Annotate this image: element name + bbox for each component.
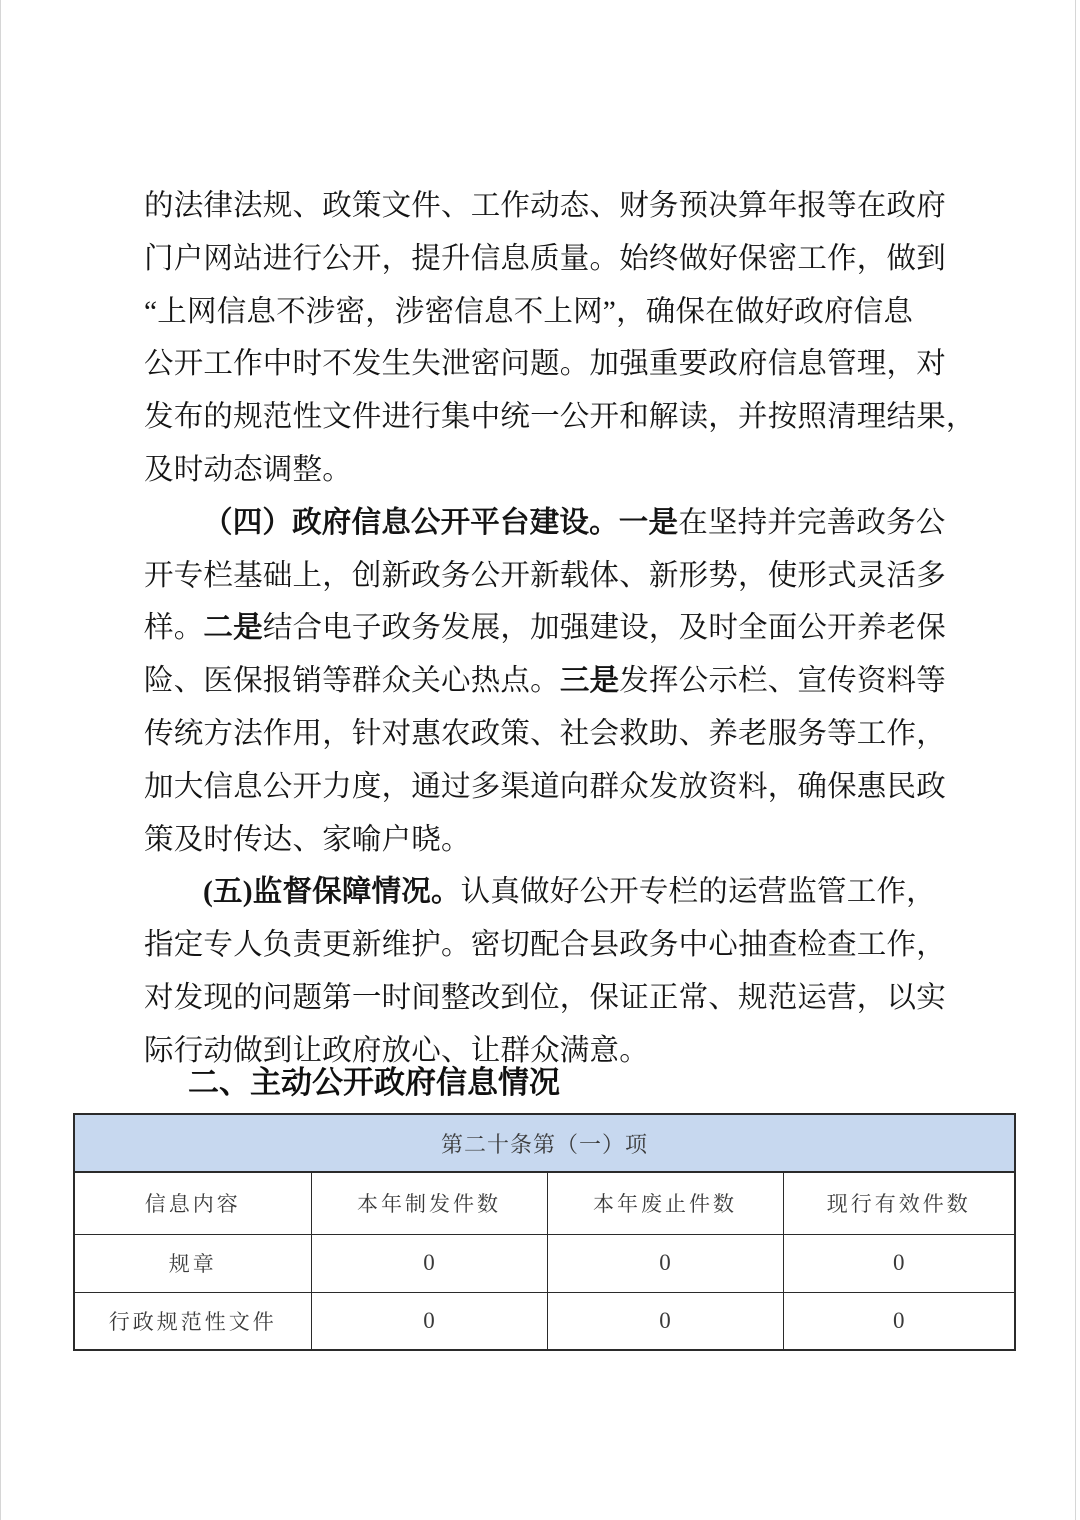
text-segment: 及时动态调整。 <box>144 454 352 486</box>
text-line: 对发现的问题第一时间整改到位，保证正常、规范运营，以实 <box>144 972 956 1025</box>
text-segment: 发布的规范性文件进行集中统一公开和解读，并按照清理结果， <box>144 401 976 433</box>
cell-value: 0 <box>311 1234 547 1292</box>
text-line: 样。二是结合电子政务发展，加强建设，及时全面公开养老保 <box>144 602 956 655</box>
text-line: 传统方法作用，针对惠农政策、社会救助、养老服务等工作， <box>144 708 956 761</box>
section-heading: 二、主动公开政府信息情况 <box>144 1066 560 1100</box>
text-line: 加大信息公开力度，通过多渠道向群众发放资料，确保惠民政 <box>144 761 956 814</box>
text-segment: 门户网站进行公开，提升信息质量。始终做好保密工作，做到 <box>144 243 946 275</box>
text-segment: 对发现的问题第一时间整改到位，保证正常、规范运营，以实 <box>144 982 946 1014</box>
table-banner: 第二十条第（一）项 <box>74 1114 1015 1172</box>
text-segment: 的法律法规、政策文件、工作动态、财务预决算年报等在政府 <box>144 190 946 222</box>
text-segment: 际行动做到让政府放心、让群众满意。 <box>144 1035 649 1067</box>
text-line: 的法律法规、政策文件、工作动态、财务预决算年报等在政府 <box>144 180 956 233</box>
text-segment: 策及时传达、家喻户晓。 <box>144 824 471 856</box>
text-line-paragraph-four-start: （四）政府信息公开平台建设。一是在坚持并完善政务公 <box>144 497 956 550</box>
text-segment-bold: 二是 <box>203 612 262 644</box>
cell-value: 0 <box>547 1234 783 1292</box>
text-line: 门户网站进行公开，提升信息质量。始终做好保密工作，做到 <box>144 233 956 286</box>
text-segment: “上网信息不涉密，涉密信息不上网”，确保在做好政府信息 <box>144 296 913 328</box>
column-header-currently-effective: 现行有效件数 <box>783 1172 1015 1234</box>
text-line: 策及时传达、家喻户晓。 <box>144 814 956 867</box>
text-line: 及时动态调整。 <box>144 444 956 497</box>
column-header-repealed-this-year: 本年废止件数 <box>547 1172 783 1234</box>
text-segment: 加大信息公开力度，通过多渠道向群众发放资料，确保惠民政 <box>144 771 946 803</box>
info-disclosure-table: 第二十条第（一）项 信息内容 本年制发件数 本年废止件数 现行有效件数 规章 0… <box>73 1113 1016 1351</box>
cell-value: 0 <box>783 1234 1015 1292</box>
table-row-normative-documents: 行政规范性文件 0 0 0 <box>74 1292 1015 1350</box>
text-segment-bold: 三是 <box>560 665 619 697</box>
text-segment: 传统方法作用，针对惠农政策、社会救助、养老服务等工作， <box>144 718 946 750</box>
column-header-info-content: 信息内容 <box>74 1172 311 1234</box>
row-label: 行政规范性文件 <box>74 1292 311 1350</box>
text-line: 公开工作中时不发生失泄密问题。加强重要政府信息管理，对 <box>144 338 956 391</box>
text-segment: 发挥公示栏、宣传资料等 <box>619 665 946 697</box>
table-header-row: 信息内容 本年制发件数 本年废止件数 现行有效件数 <box>74 1172 1015 1234</box>
cell-value: 0 <box>311 1292 547 1350</box>
text-segment-bold: (五)监督保障情况。 <box>203 876 461 908</box>
document-page: { "page": { "background": "#ffffff", "ed… <box>0 0 1080 1520</box>
text-segment: 样。 <box>144 612 203 644</box>
text-segment: 在坚持并完善政务公 <box>678 507 945 539</box>
text-segment: 开专栏基础上，创新政务公开新载体、新形势，使形式灵活多 <box>144 560 946 592</box>
text-segment: 公开工作中时不发生失泄密问题。加强重要政府信息管理，对 <box>144 348 946 380</box>
table-banner-row: 第二十条第（一）项 <box>74 1114 1015 1172</box>
table-row-regulations: 规章 0 0 0 <box>74 1234 1015 1292</box>
text-segment-bold: （四）政府信息公开平台建设。一是 <box>203 507 678 539</box>
text-segment: 认真做好公开专栏的运营监管工作， <box>461 876 936 908</box>
text-segment: 险、医保报销等群众关心热点。 <box>144 665 560 697</box>
text-line: 险、医保报销等群众关心热点。三是发挥公示栏、宣传资料等 <box>144 655 956 708</box>
text-segment: 指定专人负责更新维护。密切配合县政务中心抽查检查工作， <box>144 929 946 961</box>
text-line: 指定专人负责更新维护。密切配合县政务中心抽查检查工作， <box>144 919 956 972</box>
text-line-paragraph-five-start: (五)监督保障情况。认真做好公开专栏的运营监管工作， <box>144 866 956 919</box>
text-line: 发布的规范性文件进行集中统一公开和解读，并按照清理结果， <box>144 391 956 444</box>
text-line: “上网信息不涉密，涉密信息不上网”，确保在做好政府信息 <box>144 286 956 339</box>
page-right-edge <box>1075 0 1076 1520</box>
text-line: 开专栏基础上，创新政务公开新载体、新形势，使形式灵活多 <box>144 550 956 603</box>
cell-value: 0 <box>783 1292 1015 1350</box>
row-label: 规章 <box>74 1234 311 1292</box>
cell-value: 0 <box>547 1292 783 1350</box>
page-left-edge <box>0 0 1 1520</box>
column-header-issued-this-year: 本年制发件数 <box>311 1172 547 1234</box>
body-text: 的法律法规、政策文件、工作动态、财务预决算年报等在政府 门户网站进行公开，提升信… <box>144 180 956 1078</box>
text-segment: 结合电子政务发展，加强建设，及时全面公开养老保 <box>263 612 946 644</box>
